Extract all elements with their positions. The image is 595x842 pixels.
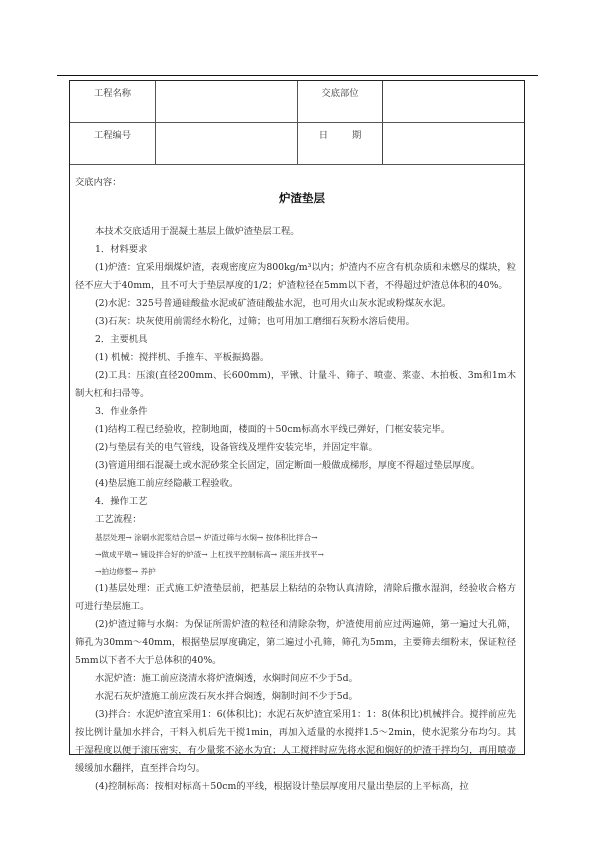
section-heading-process: 4．操作工艺 [75, 493, 516, 511]
paragraph-machinery: (1) 机械：搅拌机、手推车、平板振捣器。 [75, 349, 516, 367]
technical-disclosure-form: 工程名称 交底部位 工程编号 日期 交底内容： 炉渣垫层 本技术交底适用于混凝土… [69, 80, 525, 755]
section-heading-tools: 2．主要机具 [75, 331, 516, 349]
project-name-field[interactable] [156, 81, 298, 122]
paragraph-cement: (2)水泥：325号普通硅酸盐水泥或矿渣硅酸盐水泥，也可用火山灰水泥或粉煤灰水泥… [75, 295, 516, 313]
paragraph-condition-1: (1)结构工程已经验收，控制地面，楼面的＋50cm标高水平线已弹好，门框安装完毕… [75, 421, 516, 439]
paragraph-mixing: (3)拌合：水泥炉渣宜采用1：6(体积比)；水泥石灰炉渣宜采用1：1：8(体积比… [75, 706, 516, 778]
paragraph-condition-4: (4)垫层施工前应经隐蔽工程验收。 [75, 475, 516, 493]
disclosure-location-field[interactable] [383, 81, 524, 122]
process-flow-line-1: 基层处理→ 涂刷水泥浆结合层→ 炉渣过筛与水焖→ 按体积比拌合→ [75, 529, 516, 546]
paragraph-condition-3: (3)管道用细石混凝土或水泥砂浆全长固定，固定断面一般做成梯形，厚度不得超过垫层… [75, 457, 516, 475]
paragraph-cement-slag: 水泥炉渣：施工前应浇清水将炉渣焖透，水焖时间应不少于5d。 [75, 670, 516, 688]
header-row-project-number: 工程编号 日期 [70, 123, 524, 165]
disclosure-location-label: 交底部位 [298, 81, 383, 122]
paragraph-elevation-control: (4)控制标高：按相对标高＋50cm的平线，根据设计垫层厚度用尺量出垫层的上平标… [75, 778, 516, 796]
paragraph-lime: (3)石灰：块灰使用前需经水粉化，过筛；也可用加工磨细石灰粉水溶后使用。 [75, 313, 516, 331]
paragraph-condition-2: (2)与垫层有关的电气管线，设备管线及埋件安装完毕，并固定牢靠。 [75, 439, 516, 457]
header-row-project-name: 工程名称 交底部位 [70, 81, 524, 123]
paragraph-screening: (2)炉渣过筛与水焖：为保证所需炉渣的粒径和清除杂物，炉渣使用前应过两遍筛，第一… [75, 616, 516, 670]
content-label: 交底内容： [75, 177, 122, 189]
date-label-period: 期 [352, 130, 361, 141]
process-flow-line-3: →拍边修整→ 养护 [75, 563, 516, 580]
project-name-label: 工程名称 [70, 81, 156, 122]
disclosure-content-area: 交底内容： 炉渣垫层 本技术交底适用于混凝土基层上做炉渣垫层工程。 1．材料要求… [70, 165, 524, 754]
process-flow-line-2: →做成平墩→ 铺设拌合好的炉渣→ 上杠找平控制标高→ 滚压并找平→ [75, 546, 516, 563]
project-number-field[interactable] [156, 123, 298, 164]
date-field[interactable] [383, 123, 524, 164]
section-heading-materials: 1．材料要求 [75, 241, 516, 259]
project-number-label: 工程编号 [70, 123, 156, 164]
section-heading-conditions: 3．作业条件 [75, 403, 516, 421]
document-title: 炉渣垫层 [70, 191, 524, 205]
content-body: 本技术交底适用于混凝土基层上做炉渣垫层工程。 1．材料要求 (1)炉渣：宜采用烟… [75, 223, 516, 796]
process-flow-label: 工艺流程： [75, 511, 516, 529]
paragraph-slag: (1)炉渣：宜采用烟煤炉渣，表观密度应为800kg/m³以内；炉渣内不应含有机杂… [75, 259, 516, 295]
header-rule [57, 75, 538, 76]
paragraph-base-treatment: (1)基层处理：正式施工炉渣垫层前，把基层上粘结的杂物认真清除，清除后撒水湿润，… [75, 580, 516, 616]
date-label-day: 日 [319, 130, 328, 141]
paragraph-intro: 本技术交底适用于混凝土基层上做炉渣垫层工程。 [75, 223, 516, 241]
paragraph-cement-lime-slag: 水泥石灰炉渣施工前应泼石灰水拌合焖透，焖制时间不少于5d。 [75, 688, 516, 706]
date-label: 日期 [298, 123, 383, 164]
paragraph-tools: (2)工具：压滚(直径200mm、长600mm)，平锹、计量斗、筛子、喷壶、浆壶… [75, 367, 516, 403]
